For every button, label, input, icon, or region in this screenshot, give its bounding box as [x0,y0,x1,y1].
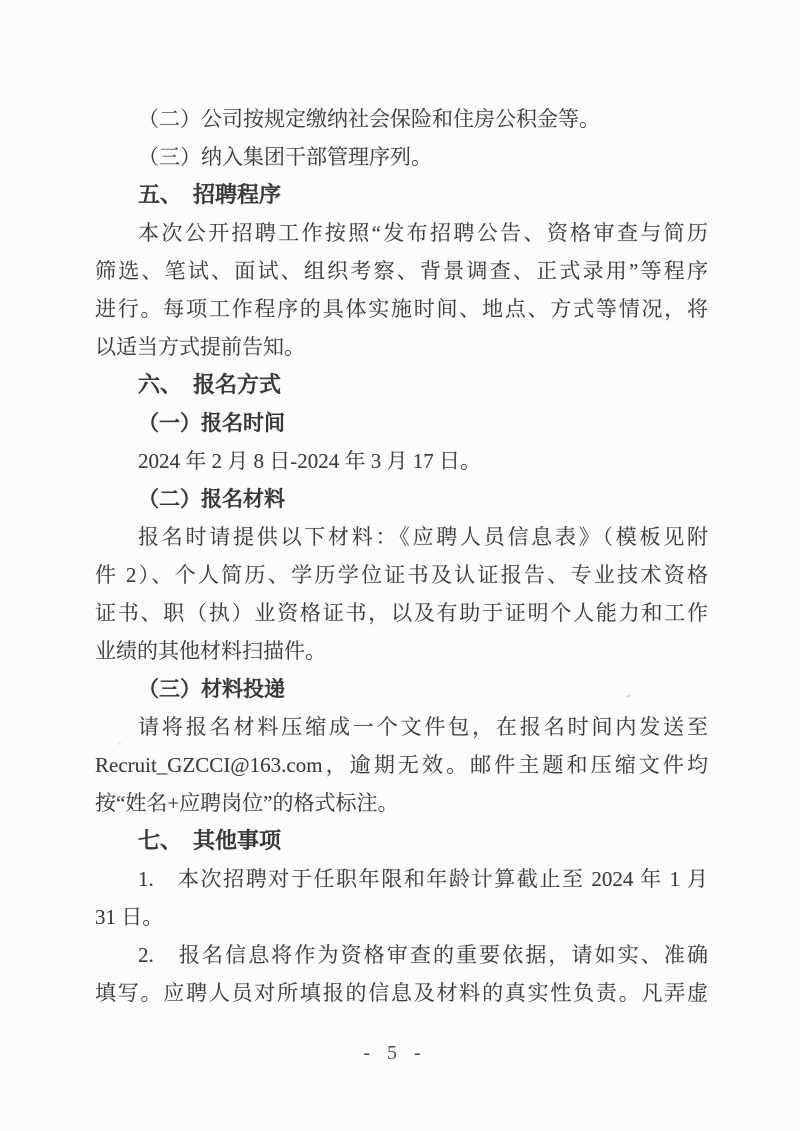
page-number: - 5 - [0,1042,790,1065]
scan-speckle [118,742,121,745]
text-line: 本次公开招聘工作按照“发布招聘公告、资格审查与简历 [95,214,708,252]
text-line: 件 2）、个人简历、学历学位证书及认证报告、专业技术资格 [95,556,708,594]
text-line: 业绩的其他材料扫描件。 [95,632,708,670]
text-line: 2. 报名信息将作为资格审查的重要依据，请如实、准确 [95,936,708,974]
text-line: （二）公司按规定缴纳社会保险和住房公积金等。 [95,100,708,138]
text-line: 填写。应聘人员对所填报的信息及材料的真实性负责。凡弄虚 [95,974,708,1012]
text-line: 请将报名材料压缩成一个文件包，在报名时间内发送至 [95,708,708,746]
text-line: 五、 招聘程序 [95,176,708,214]
text-line: 筛选、笔试、面试、组织考察、背景调查、正式录用”等程序 [95,252,708,290]
text-line: （二）报名材料 [95,480,708,518]
document-page: （二）公司按规定缴纳社会保险和住房公积金等。（三）纳入集团干部管理序列。五、 招… [0,0,800,1131]
text-line: 进行。每项工作程序的具体实施时间、地点、方式等情况，将 [95,290,708,328]
text-line: 31 日。 [95,898,708,936]
document-lines: （二）公司按规定缴纳社会保险和住房公积金等。（三）纳入集团干部管理序列。五、 招… [95,100,708,1012]
text-line: （一）报名时间 [95,404,708,442]
text-line: 1. 本次招聘对于任职年限和年龄计算截止至 2024 年 1 月 [95,860,708,898]
text-line: 七、 其他事项 [95,822,708,860]
text-line: 六、 报名方式 [95,366,708,404]
text-line: 以适当方式提前告知。 [95,328,708,366]
text-line: Recruit_GZCCI@163.com，逾期无效。邮件主题和压缩文件均 [95,746,708,784]
text-line: （三）材料投递 [95,670,708,708]
text-line: 证书、职（执）业资格证书，以及有助于证明个人能力和工作 [95,594,708,632]
text-line: 按“姓名+应聘岗位”的格式标注。 [95,784,708,822]
text-line: （三）纳入集团干部管理序列。 [95,138,708,176]
text-line: 报名时请提供以下材料：《应聘人员信息表》（模板见附 [95,518,708,556]
text-line: 2024 年 2 月 8 日-2024 年 3 月 17 日。 [95,442,708,480]
